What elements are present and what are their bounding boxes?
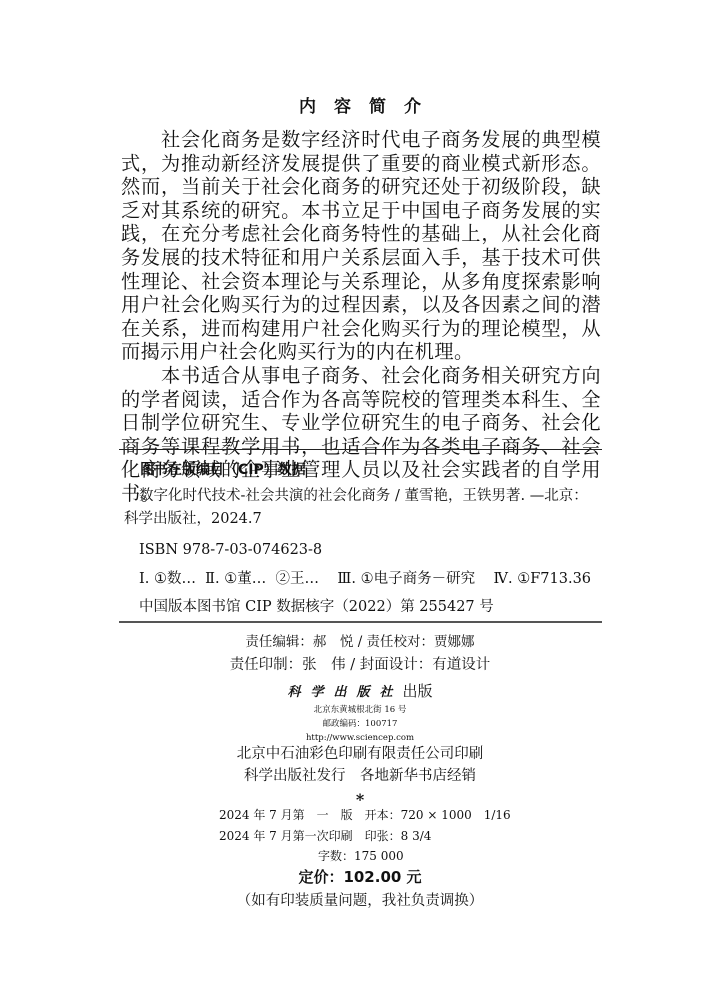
- cip-heading: 图书在版编目（CIP）数据: [140, 459, 306, 479]
- title-char: 简: [369, 92, 386, 117]
- distribution: 科学出版社发行 各地新华书店经销: [0, 765, 720, 787]
- edition-line-2: 2024 年 7 月第一次印刷 印张：8 3/4: [219, 826, 431, 846]
- summary-title: 内容简介: [0, 92, 720, 117]
- price: 定价：102.00 元: [0, 866, 720, 887]
- cip-isbn: ISBN 978-7-03-074623-8: [139, 539, 322, 561]
- publisher-line: 科学出版社出版: [0, 680, 720, 701]
- title-char: 内: [299, 92, 316, 117]
- title-char: 容: [334, 92, 351, 117]
- cip-top-rule: [119, 449, 602, 450]
- cip-entry-line-2: 科学出版社，2024.7: [124, 508, 262, 530]
- publisher-postcode: 邮政编码：100717: [0, 718, 720, 731]
- publisher-suffix: 出版: [403, 682, 433, 700]
- cip-entry-line-1: 数字化时代技术-社会共演的社会化商务 / 董雪艳，王铁男著. —北京：: [139, 485, 588, 507]
- quality-notice: （如有印装质量问题，我社负责调换）: [0, 889, 720, 910]
- title-char: 介: [404, 92, 421, 117]
- publisher-logo: 科学出版社: [287, 685, 402, 700]
- word-count: 字数：175 000: [318, 846, 404, 866]
- credits-line-1: 责任编辑：郝 悦 / 责任校对：贾娜娜: [0, 631, 720, 653]
- publisher-address: 北京东黄城根北街 16 号: [0, 704, 720, 717]
- cip-classification: Ⅰ. ①数… Ⅱ. ①董… ②王… Ⅲ. ①电子商务－研究 Ⅳ. ①F713.3…: [139, 568, 591, 590]
- summary-paragraph-1: 社会化商务是数字经济时代电子商务发展的典型模式，为推动新经济发展提供了重要的商业…: [121, 128, 601, 364]
- cip-number: 中国版本图书馆 CIP 数据核字（2022）第 255427 号: [139, 596, 494, 618]
- edition-line-1: 2024 年 7 月第 一 版 开本：720 × 1000 1/16: [219, 805, 511, 825]
- cip-bottom-rule: [119, 621, 602, 623]
- credits-line-2: 责任印制：张 伟 / 封面设计：有道设计: [0, 654, 720, 676]
- printer: 北京中石油彩色印刷有限责任公司印刷: [0, 743, 720, 765]
